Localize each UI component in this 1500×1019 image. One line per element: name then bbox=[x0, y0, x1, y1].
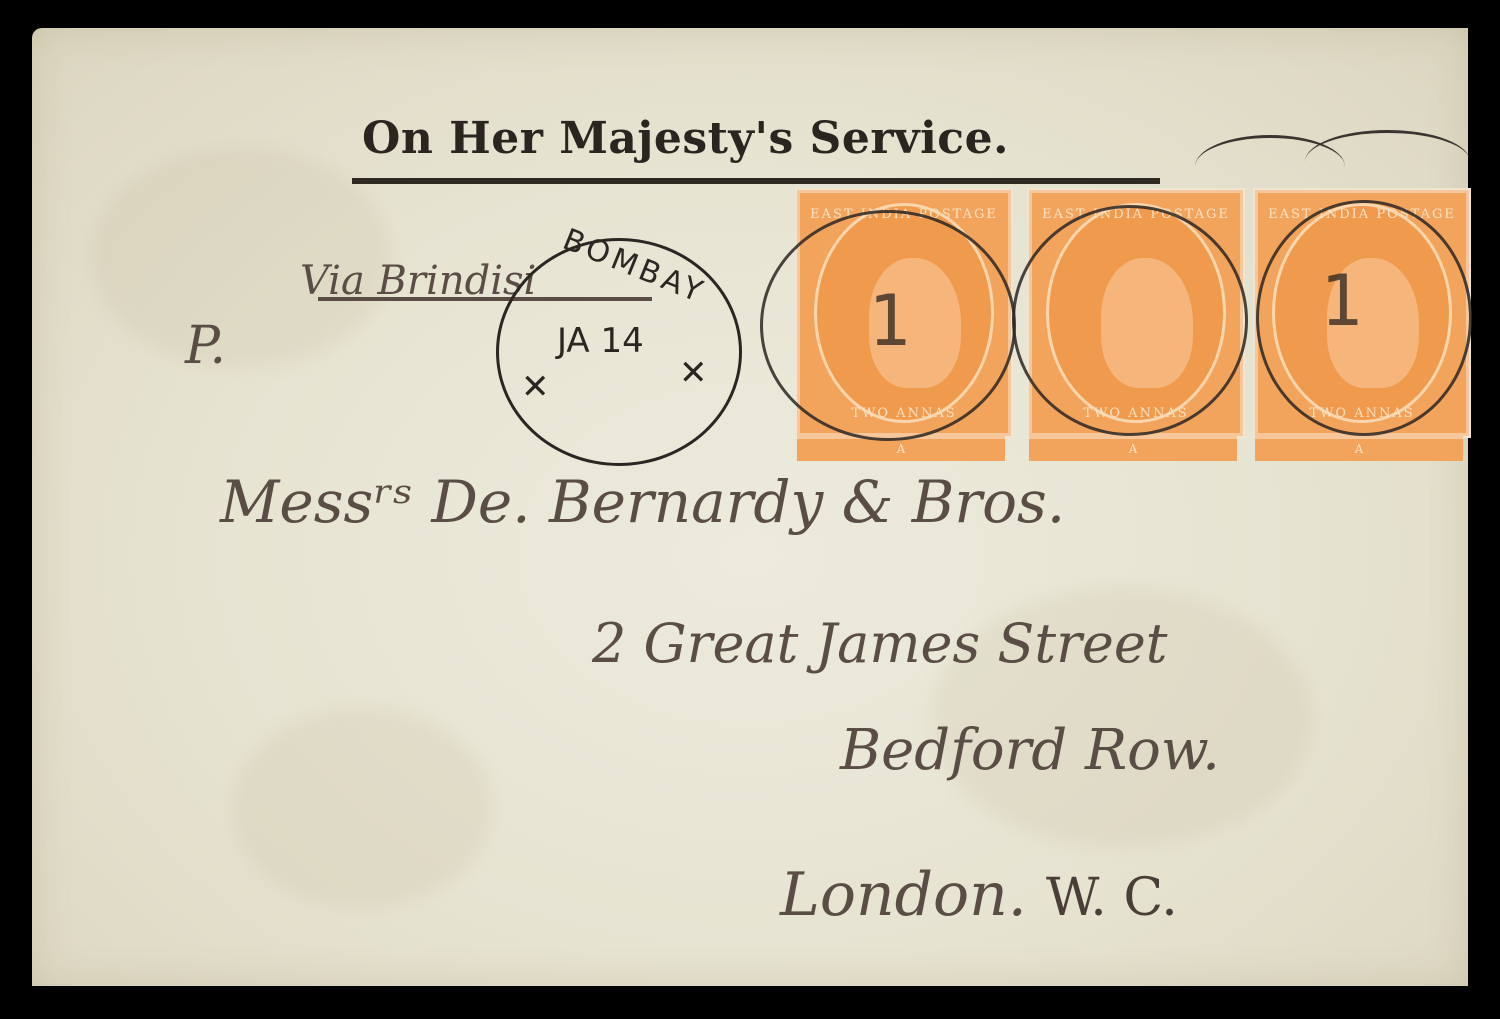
address-line-locality: Bedford Row. bbox=[840, 718, 1220, 783]
stamp-partial: A bbox=[1255, 436, 1463, 461]
postmark-cross-right-icon: ✕ bbox=[679, 353, 708, 393]
postmark-date: JA 14 bbox=[557, 321, 644, 361]
cancel-arc bbox=[1305, 130, 1470, 193]
heading-underline bbox=[352, 178, 1160, 184]
cancel-numeral: 1 bbox=[1320, 260, 1362, 342]
cancel-circle bbox=[1012, 205, 1248, 436]
per-note: P. bbox=[185, 316, 226, 376]
address-city: London. bbox=[780, 860, 1027, 930]
address-postcode: W. C. bbox=[1046, 868, 1178, 928]
bombay-postmark: BOMBAY JA 14 ✕ ✕ bbox=[496, 238, 742, 466]
cancel-circle bbox=[1256, 200, 1472, 436]
postmark-cross-left-icon: ✕ bbox=[521, 367, 550, 407]
address-line-street: 2 Great James Street bbox=[592, 612, 1168, 675]
cancel-numeral: 1 bbox=[868, 280, 910, 362]
stamp-partial: A bbox=[1029, 436, 1237, 461]
address-line-addressee: Messʳˢ De. Bernardy & Bros. bbox=[220, 468, 1065, 536]
ohms-heading: On Her Majesty's Service. bbox=[362, 113, 1009, 164]
address-line-city: London. W. C. bbox=[780, 860, 1178, 930]
